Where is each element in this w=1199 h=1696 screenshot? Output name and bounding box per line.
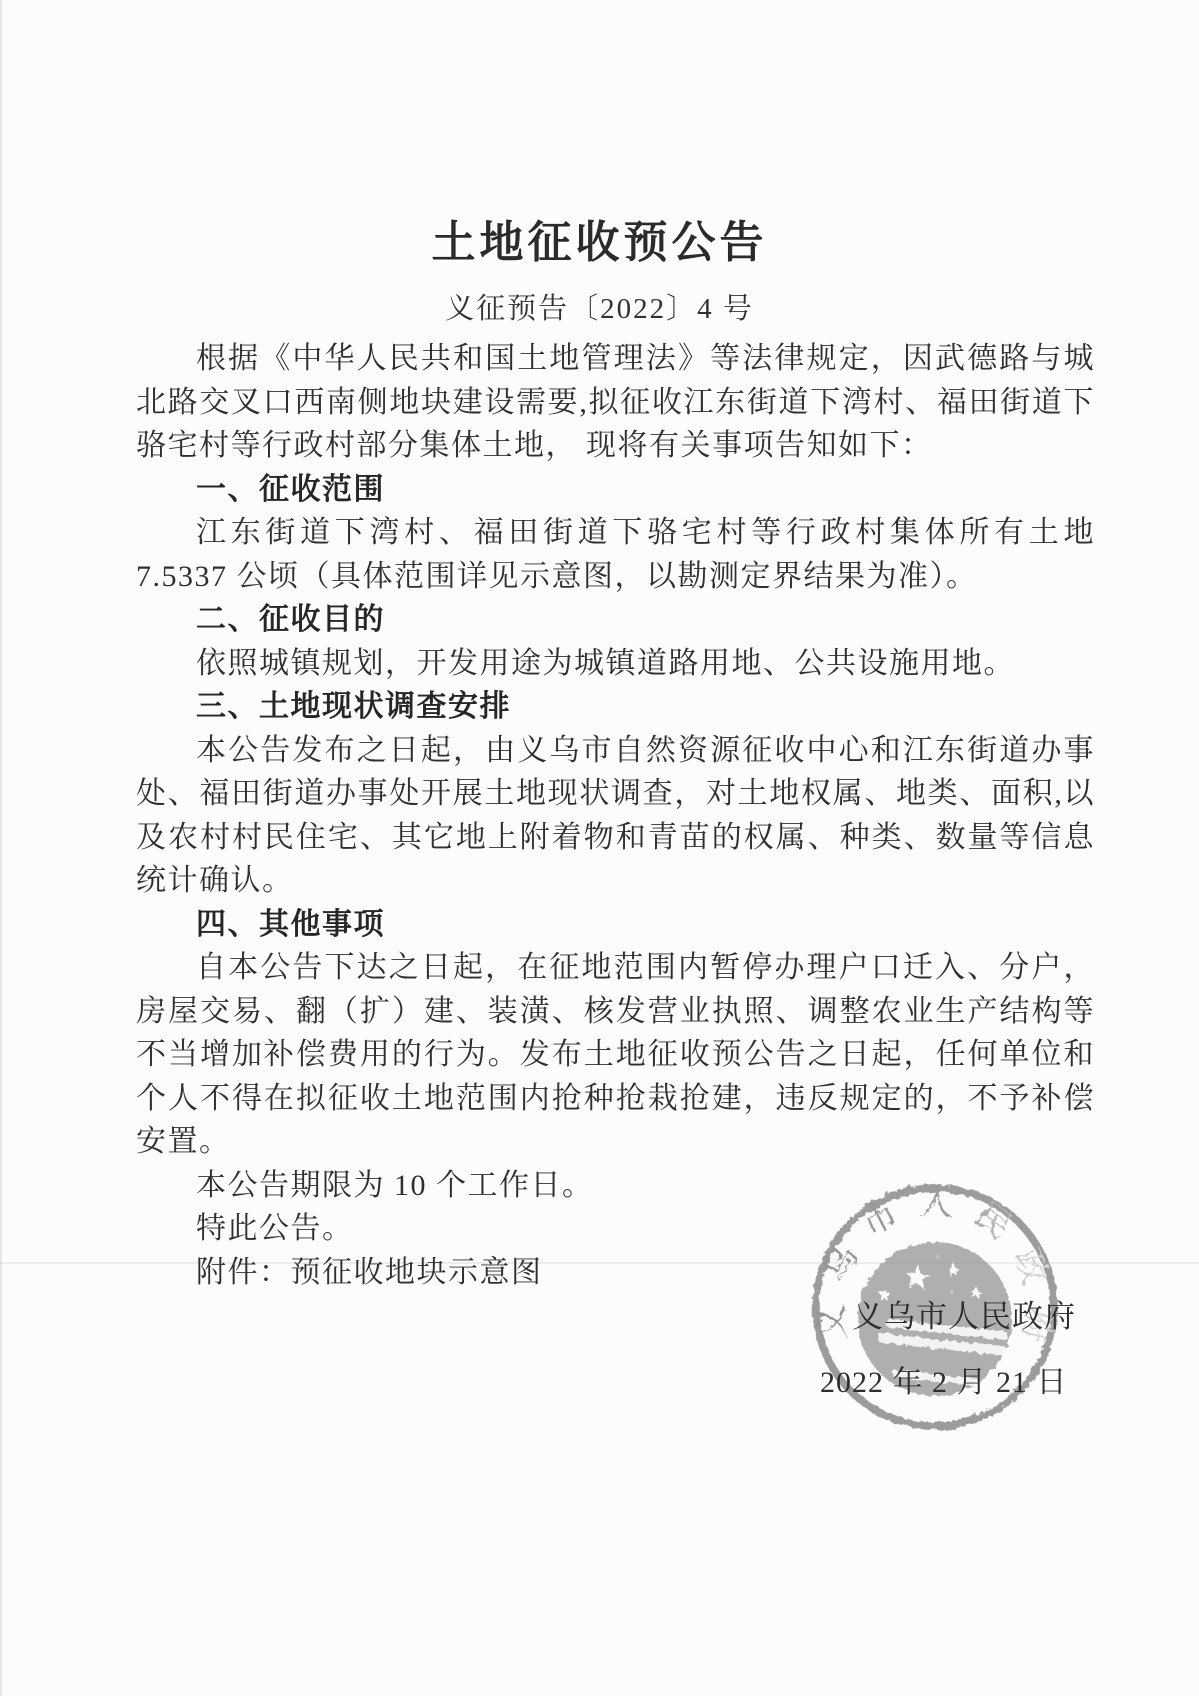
issue-date: 2022 年 2 月 21 日 (820, 1357, 1068, 1401)
emblem-star-icon: ★ (945, 1260, 962, 1280)
paragraph-purpose: 依照城镇规划，开发用途为城镇道路用地、公共设施用地。 (136, 642, 1095, 686)
document-body: 根据《中华人民共和国土地管理法》等法律规定，因武德路与城北路交叉口西南侧地块建设… (136, 337, 1095, 1294)
paragraph-intro: 根据《中华人民共和国土地管理法》等法律规定，因武德路与城北路交叉口西南侧地块建设… (136, 337, 1095, 468)
document-number: 义征预告〔2022〕4 号 (0, 292, 1199, 327)
section-heading-1: 一、征收范围 (136, 468, 1095, 512)
issuer-signature: 义乌市人民政府 (852, 1291, 1076, 1336)
paragraph-survey: 本公告发布之日起，由义乌市自然资源征收中心和江东街道办事处、福田街道办事处开展土… (136, 729, 1095, 903)
section-heading-4: 四、其他事项 (136, 903, 1095, 947)
section-heading-2: 二、征收目的 (136, 598, 1095, 642)
section-heading-3: 三、土地现状调查安排 (136, 685, 1095, 729)
document-page: 土地征收预公告 义征预告〔2022〕4 号 根据《中华人民共和国土地管理法》等法… (0, 0, 1199, 1696)
paragraph-other: 自本公告下达之日起，在征地范围内暂停办理户口迁入、分户，房屋交易、翻（扩）建、装… (136, 946, 1095, 1164)
paragraph-scope: 江东街道下湾村、福田街道下骆宅村等行政村集体所有土地7.5337 公顷（具体范围… (136, 511, 1095, 598)
page-title: 土地征收预公告 (0, 219, 1199, 267)
